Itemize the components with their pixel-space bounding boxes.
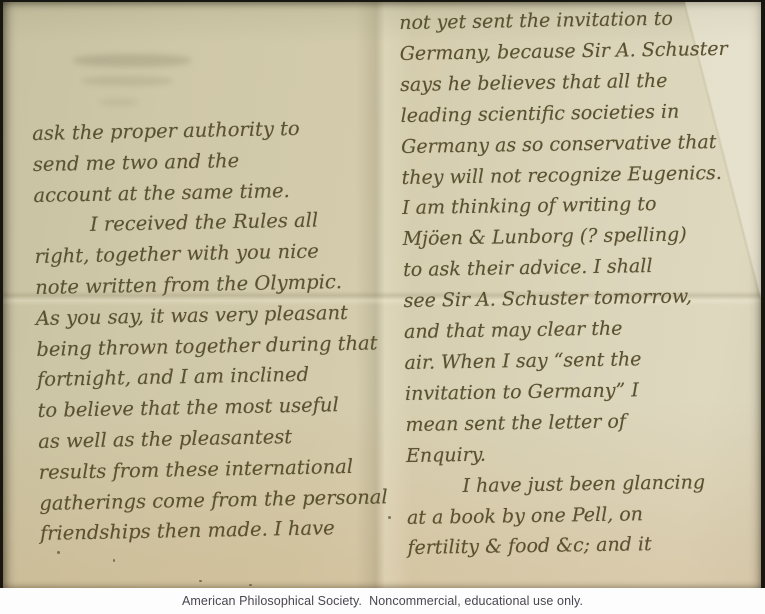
- letter-scan-paper: ask the proper authority to send me two …: [3, 2, 761, 588]
- letter-page-left: ask the proper authority to send me two …: [32, 112, 389, 550]
- caption-text: American Philosophical Society. Noncomme…: [182, 594, 583, 608]
- handwritten-line: friendships then made. I have: [40, 513, 389, 550]
- scan-frame: ask the proper authority to send me two …: [0, 0, 765, 614]
- handwritten-line: invitation to Germany” I: [405, 374, 733, 410]
- handwritten-line: fertility & food &c; and it: [407, 528, 735, 564]
- handwritten-line: air. When I say “sent the: [404, 343, 732, 379]
- handwritten-line: see Sir A. Schuster tomorrow,: [403, 281, 731, 317]
- caption-bar: American Philosophical Society. Noncomme…: [0, 588, 765, 614]
- ink-bleed-smudge: [73, 54, 191, 67]
- handwritten-line: they will not recognize Eugenics.: [401, 157, 729, 193]
- ink-bleed-smudge: [99, 98, 139, 106]
- ink-speck: [57, 551, 60, 554]
- handwritten-line: to ask their advice. I shall: [403, 250, 731, 286]
- handwritten-line: says he believes that all the: [400, 65, 728, 101]
- handwritten-line: mean sent the letter of: [405, 405, 733, 441]
- handwritten-line: I have just been glancing: [406, 466, 734, 502]
- ink-speck: [113, 559, 115, 562]
- handwritten-line: not yet sent the invitation to: [399, 3, 727, 39]
- handwritten-line: Mjöen & Lunborg (? spelling): [402, 219, 730, 255]
- ink-speck: [249, 584, 252, 586]
- letter-page-right: not yet sent the invitation to Germany, …: [399, 3, 736, 564]
- ink-speck: [199, 580, 202, 582]
- ink-speck: [388, 516, 391, 519]
- ink-bleed-smudge: [81, 76, 173, 86]
- handwritten-line: and that may clear the: [404, 312, 732, 348]
- handwritten-line: Germany as so conservative that: [401, 126, 729, 162]
- handwritten-line: at a book by one Pell, on: [407, 497, 735, 533]
- handwritten-line: leading scientific societies in: [400, 96, 728, 132]
- handwritten-line: Germany, because Sir A. Schuster: [399, 34, 727, 70]
- handwritten-line: I am thinking of writing to: [402, 188, 730, 224]
- handwritten-line: Enquiry.: [406, 435, 734, 471]
